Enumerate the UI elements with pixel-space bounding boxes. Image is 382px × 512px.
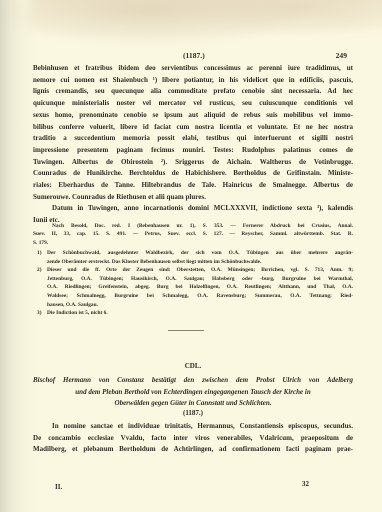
text-line: nemore cui nomen est Shaienbuch ¹) liber… [33, 75, 353, 87]
text-line: impressione presentem paginam fecimus mu… [33, 145, 353, 157]
next-document-text: In nomine sanctae et individuae trinitat… [33, 421, 353, 456]
text-line: In nomine sanctae et individuae trinitat… [33, 421, 353, 433]
running-head-year: (1187.) [183, 51, 205, 60]
footnote-number: 2) [37, 266, 47, 275]
datum-line: Datum in Tuwingen, anno incarnationis do… [33, 203, 353, 215]
footnote-3: 3)Die Indiction ist 5, nicht 6. [33, 309, 353, 318]
footnote-1-cont: zende Oberämter erstreckt. Das Kloster B… [33, 258, 353, 267]
source-line: Suev. II, 33, cap. 15. S. 491. — Petrus,… [33, 230, 353, 238]
footnotes: 1)Der Schönbuchwald, ausgedehnter Waldbe… [33, 249, 353, 318]
running-head: (1187.) 249 [33, 51, 353, 63]
source-line: S. 179. [33, 239, 353, 247]
footnote-1: 1)Der Schönbuchwald, ausgedehnter Waldbe… [33, 249, 353, 258]
text-line: traditio a succedentium memoria possit e… [33, 133, 353, 145]
source-note: Nach Besold, Doc. red. I (Bebenhausen nr… [33, 222, 353, 247]
text-line: Madilberg, et plebanum Bertholdum de Ach… [33, 444, 353, 456]
footnote-2-cont: O.A. Riedlingen; Greifenstein, abgeg. Bu… [33, 283, 353, 292]
footnote-2-cont: Waldsee; Schmalnegg, Burgruine bei Schma… [33, 292, 353, 301]
footnote-number: 1) [37, 249, 47, 258]
footnote-2-cont: Jettenburg, O.A. Tübingen; Hausikirch, O… [33, 275, 353, 284]
regest-line: Bischof Hermann von Constanz bestätigt d… [33, 375, 353, 387]
footnote-2: 2)Dieser und die ff. Orte der Zeugen sin… [33, 266, 353, 275]
charter-text: Bebinhusen et fratribus ibidem deo servi… [33, 63, 353, 227]
footnote-number: 3) [37, 309, 47, 318]
text-line: De concambio ecclesiae Vvaldu, facto int… [33, 433, 353, 445]
text-line: sexus homo, prenominato cenobio se ipsum… [33, 110, 353, 122]
text-line: Counradus de Hunikirche. Berchtoldus de … [33, 168, 353, 180]
text-line: Bebinhusen et fratribus ibidem deo servi… [33, 63, 353, 75]
document-year: (1187.) [33, 409, 353, 417]
text-line: Sumerouwe. Counradus de Riethusen et ali… [33, 192, 353, 204]
document-number: CDL. [33, 362, 353, 370]
footnote-2-cont: hausen, O.A. Saulgau. [33, 301, 353, 310]
text-line: bilibus conferre voluerit, libere id fac… [33, 122, 353, 134]
regest-summary: Bischof Hermann von Constanz bestätigt d… [33, 375, 353, 410]
text-line: Tuwingen. Albertus de Obirostein ²). Sri… [33, 157, 353, 169]
text-line: quicunque ministerialis noster vel merca… [33, 98, 353, 110]
page-number: 249 [336, 51, 347, 60]
signature-sheet: 32 [302, 480, 309, 488]
source-line: Nach Besold, Doc. red. I (Bebenhausen nr… [33, 222, 353, 230]
regest-line: und dem Pleban Berthold von Echterdingen… [33, 387, 353, 399]
section-divider [168, 330, 204, 331]
text-line: lignis cremandis, seu quecunque alia com… [33, 86, 353, 98]
signature-volume: II. [55, 483, 62, 491]
text-line: riales: Eberhardus de Tanne. Hiltebrandu… [33, 180, 353, 192]
